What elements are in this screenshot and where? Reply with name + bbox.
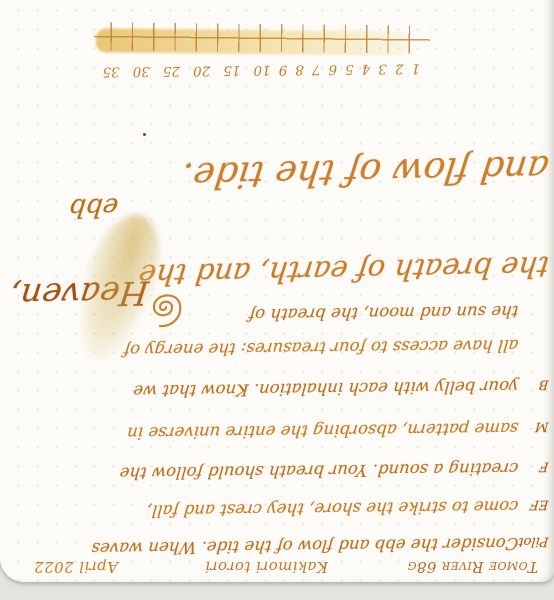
dry-time-second: 20 xyxy=(193,63,210,79)
dry-time-second: 3 xyxy=(378,61,387,77)
nib-label: B xyxy=(518,377,549,392)
handwriting-line: F creating a sound. Your breath should f… xyxy=(2,459,549,485)
dry-time-second: 8 xyxy=(295,62,304,78)
handwriting-text: come to strike the shore, they crest and… xyxy=(146,497,519,521)
nib-label: F xyxy=(518,459,549,474)
calligraphy-line-flow: and flow of the tide. xyxy=(179,147,551,196)
dry-time-second: 7 xyxy=(312,61,321,77)
swipe-test-ticks xyxy=(94,22,430,54)
dry-time-second: 35 xyxy=(102,63,119,79)
ink-name-label: Kakimori torori xyxy=(205,558,328,576)
handwriting-text: creating a sound. Your breath should fol… xyxy=(119,459,519,483)
handwriting-text: same pattern, absorbing the entire unive… xyxy=(126,419,519,443)
date-label: April 2022 xyxy=(34,558,118,576)
dry-time-second: 2 xyxy=(395,61,404,77)
nib-label: Pilot xyxy=(518,534,549,549)
ink-speck xyxy=(143,133,146,136)
handwriting-text: all have access to four treasures: the e… xyxy=(123,336,519,360)
dry-time-second: 4 xyxy=(362,61,371,77)
dry-time-second: 9 xyxy=(279,62,288,78)
nib-label: EF xyxy=(518,497,549,512)
handwriting-line: Pilot Consider the ebb and flow of the t… xyxy=(2,534,549,560)
dry-time-second: 1 xyxy=(411,60,420,76)
handwriting-text: the sun and moon, the breath of xyxy=(248,302,519,324)
handwriting-line: B your belly with each inhalation. Know … xyxy=(2,377,549,403)
handwriting-text: your belly with each inhalation. Know th… xyxy=(132,377,519,401)
dry-time-second: 5 xyxy=(345,61,354,77)
dry-time-second: 30 xyxy=(133,63,150,79)
handwriting-line: EF come to strike the shore, they crest … xyxy=(2,497,549,523)
calligraphy-line-earth: the breath of earth, and the xyxy=(137,250,551,293)
dry-time-second: 10 xyxy=(253,62,270,78)
handwriting-text: Consider the ebb and flow of the tide. W… xyxy=(91,534,520,558)
scan-background: Tomoe River 68g Kakimori torori April 20… xyxy=(0,0,554,600)
paper-name-label: Tomoe River 68g xyxy=(407,558,538,576)
handwriting-line: M same pattern, absorbing the entire uni… xyxy=(2,419,549,445)
dry-time-second: 25 xyxy=(163,63,180,79)
calligraphy-word-ebb: ebb xyxy=(67,191,119,222)
dry-time-second: 15 xyxy=(223,62,240,78)
page-content-rotated: Tomoe River 68g Kakimori torori April 20… xyxy=(0,0,554,582)
dry-time-numbers: 1 2 3 4 5 6 7 8 9 10 15 20 25 30 35 xyxy=(102,60,420,79)
nib-label: M xyxy=(518,419,549,434)
notebook-page: Tomoe River 68g Kakimori torori April 20… xyxy=(0,0,554,582)
dry-time-second: 6 xyxy=(328,61,337,77)
